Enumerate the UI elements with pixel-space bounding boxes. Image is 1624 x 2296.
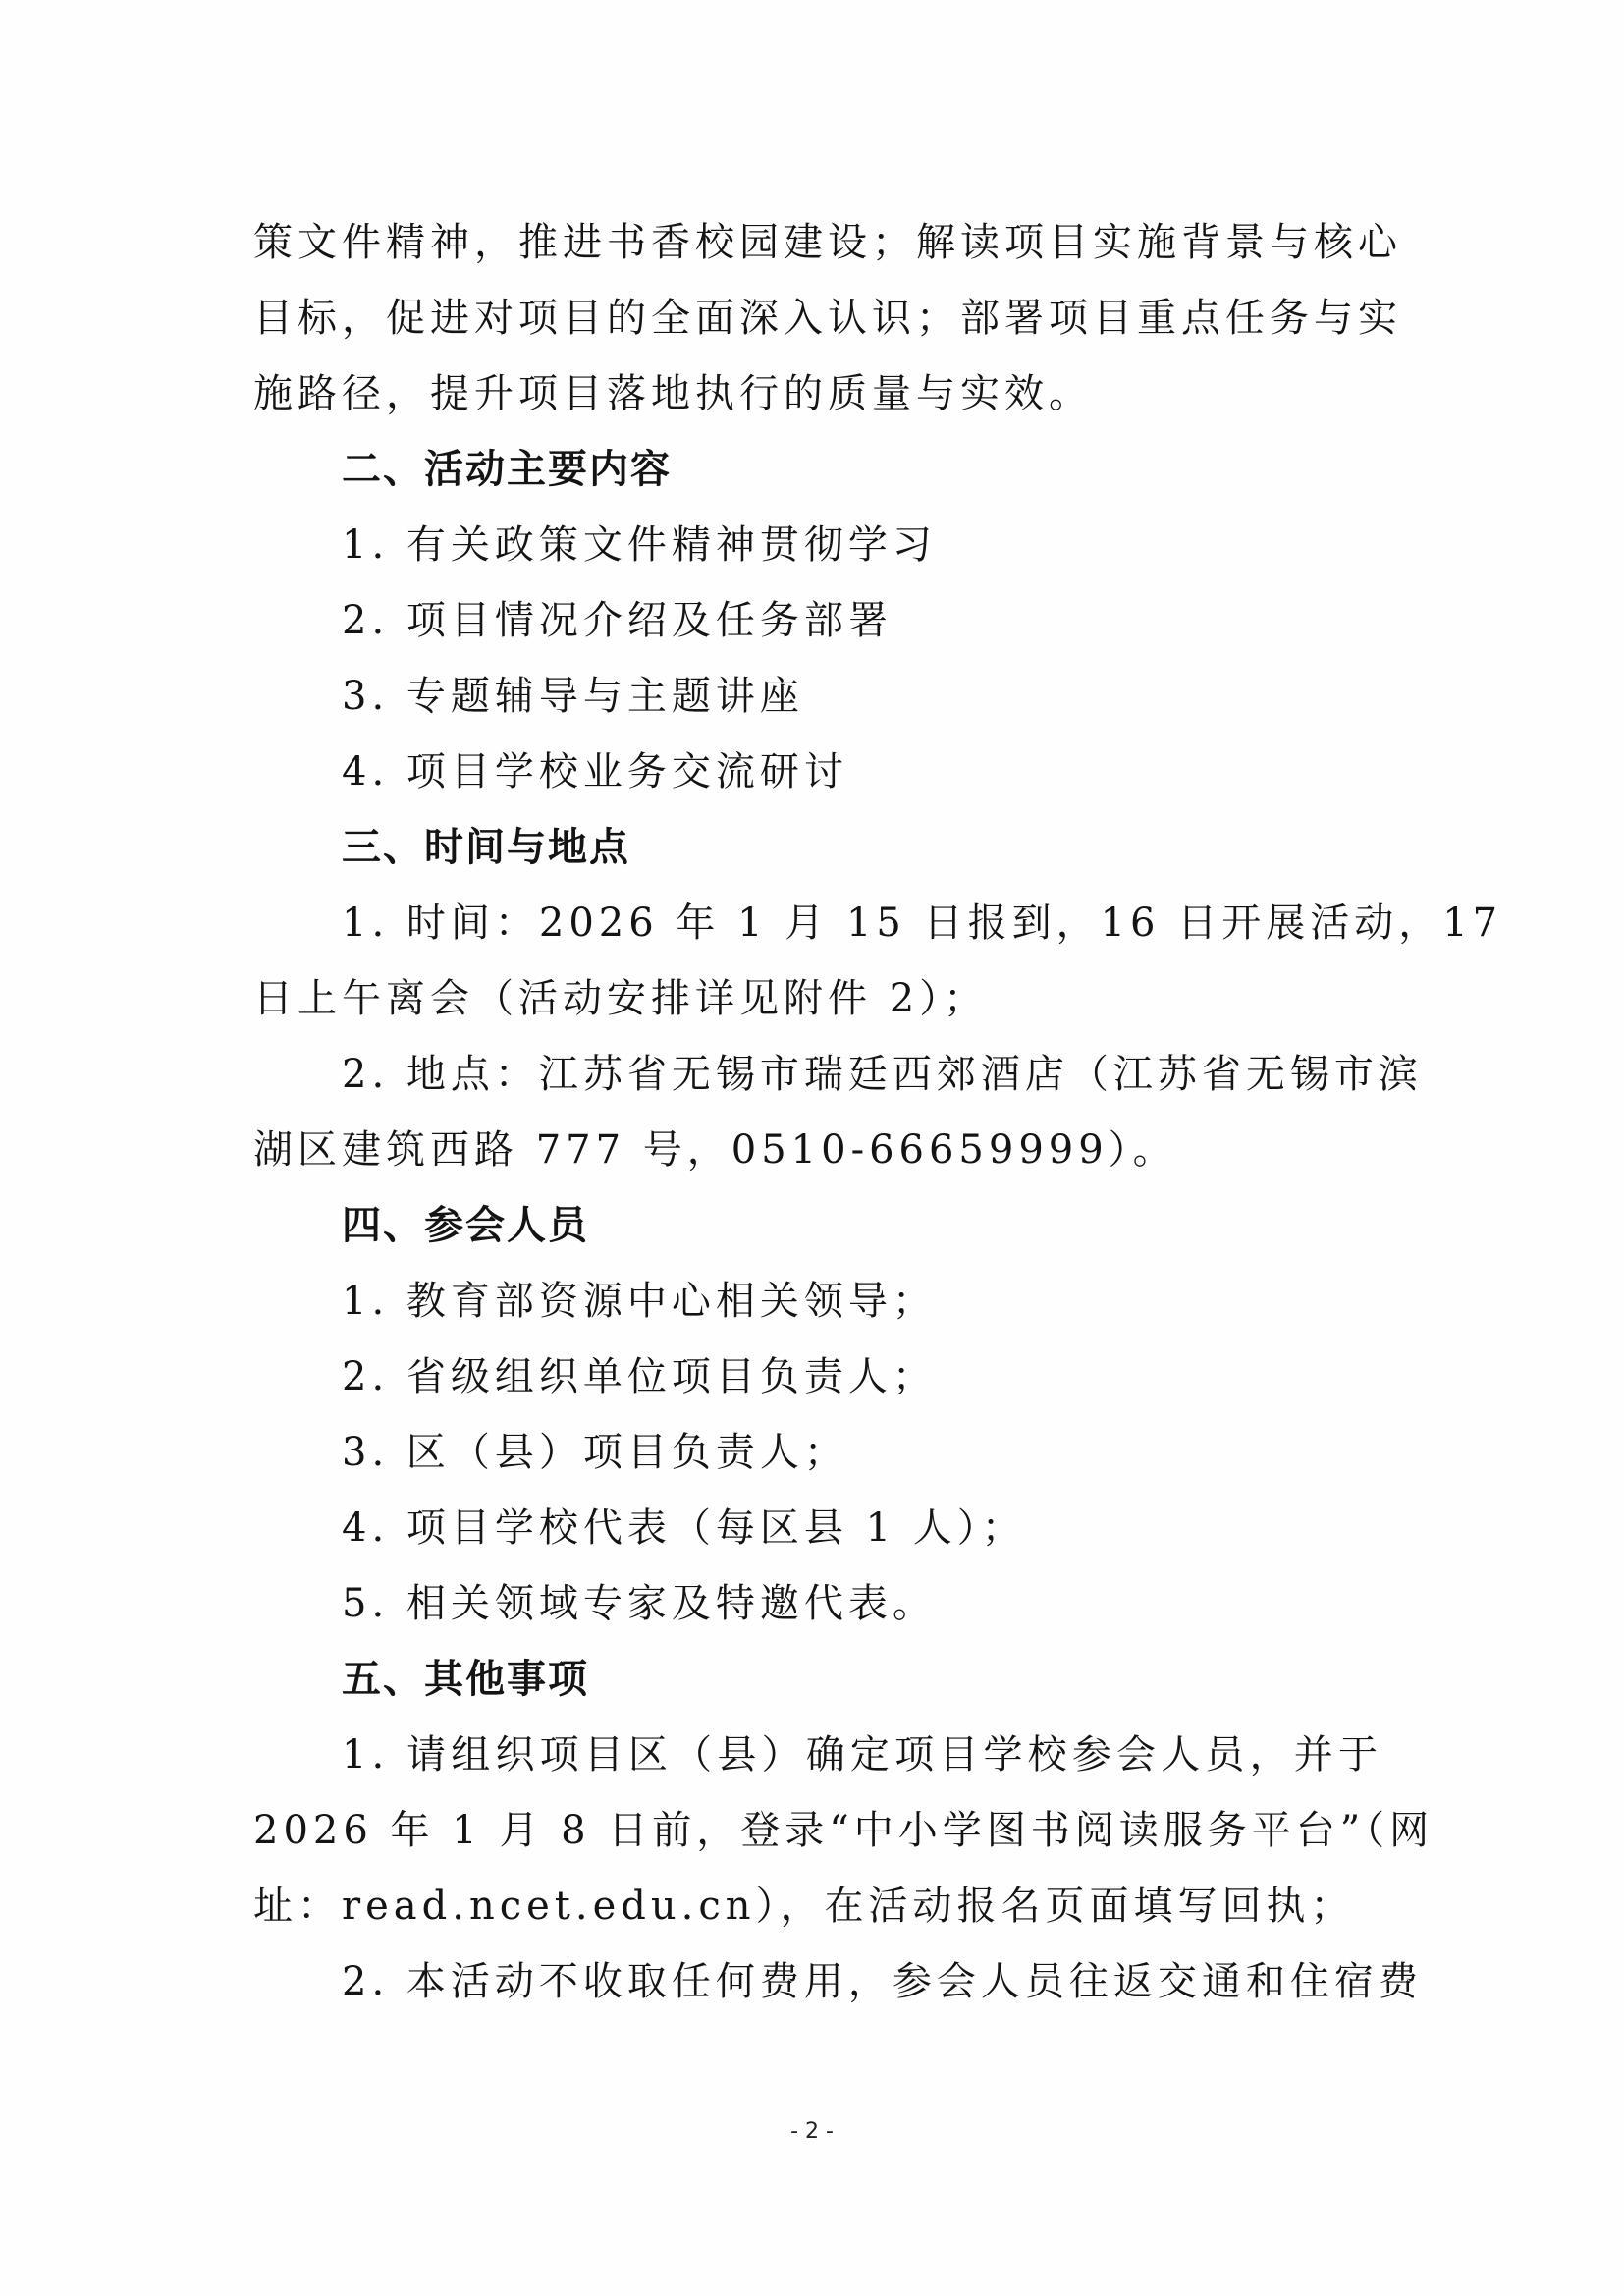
activity-item-4: 4. 项目学校业务交流研讨 <box>342 747 1382 796</box>
document-page: 策文件精神，推进书香校园建设；解读项目实施背景与核心 目标，促进对项目的全面深入… <box>0 0 1624 2296</box>
attendee-item-5: 5. 相关领域专家及特邀代表。 <box>342 1579 1382 1628</box>
section-heading-activities: 二、活动主要内容 <box>342 445 1382 494</box>
other-item2-line-1: 2. 本活动不收取任何费用，参会人员往返交通和住宿费 <box>342 1957 1382 2006</box>
other-item1-line-2: 2026 年 1 月 8 日前，登录“中小学图书阅读服务平台”（网 <box>253 1806 1382 1855</box>
page-number: - 2 - <box>0 2119 1624 2144</box>
other-item1-line-1: 1. 请组织项目区（县）确定项目学校参会人员，并于 <box>342 1730 1382 1779</box>
section-heading-attendees: 四、参会人员 <box>342 1201 1382 1250</box>
activity-item-1: 1. 有关政策文件精神贯彻学习 <box>342 520 1382 570</box>
section-heading-time-place: 三、时间与地点 <box>342 823 1382 872</box>
attendee-item-1: 1. 教育部资源中心相关领导； <box>342 1277 1382 1326</box>
section-heading-other: 五、其他事项 <box>342 1655 1382 1704</box>
time-line-1: 1. 时间：2026 年 1 月 15 日报到，16 日开展活动，17 <box>342 899 1382 948</box>
activity-item-3: 3. 专题辅导与主题讲座 <box>342 672 1382 721</box>
activity-item-2: 2. 项目情况介绍及任务部署 <box>342 596 1382 645</box>
intro-line-1: 策文件精神，推进书香校园建设；解读项目实施背景与核心 <box>253 218 1382 267</box>
time-line-2: 日上午离会（活动安排详见附件 2）； <box>253 974 1382 1023</box>
attendee-item-2: 2. 省级组织单位项目负责人； <box>342 1352 1382 1401</box>
intro-line-2: 目标，促进对项目的全面深入认识；部署项目重点任务与实 <box>253 294 1382 343</box>
attendee-item-3: 3. 区（县）项目负责人； <box>342 1428 1382 1477</box>
attendee-item-4: 4. 项目学校代表（每区县 1 人）； <box>342 1503 1382 1553</box>
place-line-2: 湖区建筑西路 777 号，0510-66659999）。 <box>253 1125 1382 1175</box>
place-line-1: 2. 地点：江苏省无锡市瑞廷西郊酒店（江苏省无锡市滨 <box>342 1050 1382 1099</box>
intro-line-3: 施路径，提升项目落地执行的质量与实效。 <box>253 369 1382 418</box>
other-item1-line-3: 址：read.ncet.edu.cn），在活动报名页面填写回执； <box>253 1882 1382 1931</box>
